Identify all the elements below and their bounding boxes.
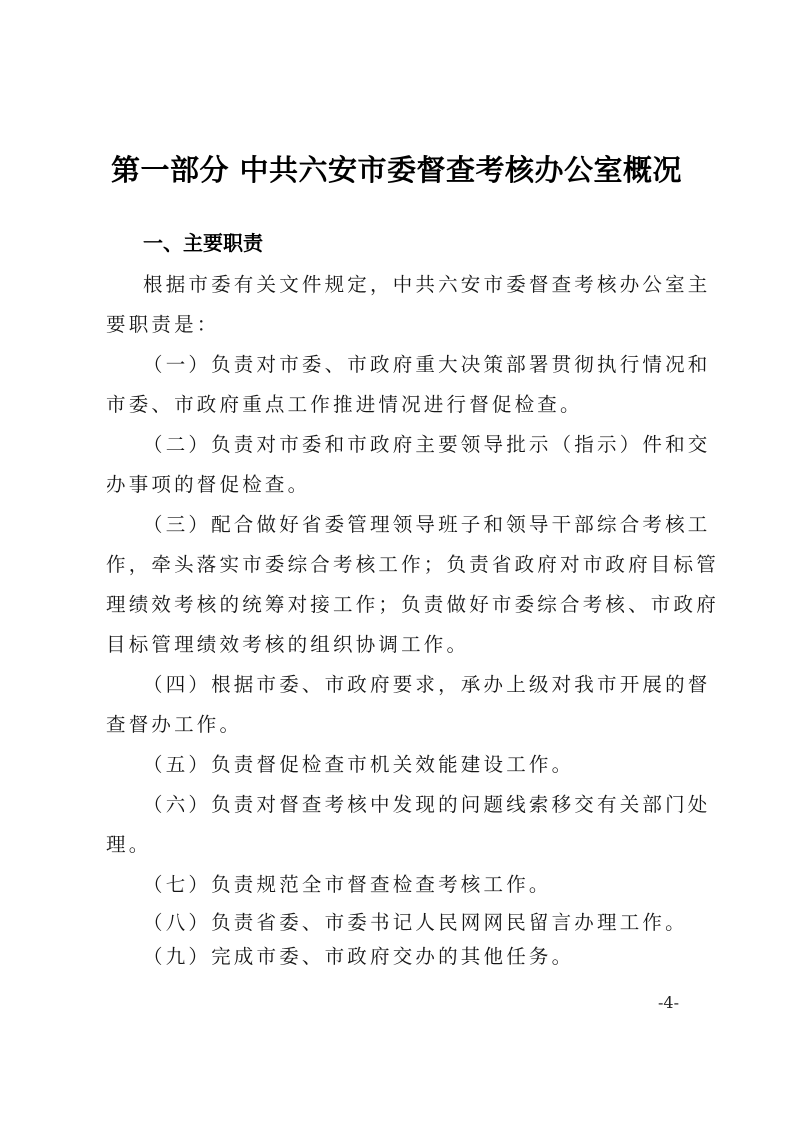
- duty-1-line-2: 市委、市政府重点工作推进情况进行督促检查。: [106, 393, 583, 417]
- duty-5-line-1: （五）负责督促检查市机关效能建设工作。: [143, 753, 574, 777]
- intro-line-1: 根据市委有关文件规定，中共六安市委督查考核办公室主: [143, 273, 711, 297]
- document-page: 第一部分 中共六安市委督查考核办公室概况 一、主要职责 根据市委有关文件规定，中…: [0, 0, 793, 1122]
- duty-7-line-1: （七）负责规范全市督查检查考核工作。: [143, 873, 552, 897]
- duty-4-line-2: 查督办工作。: [106, 713, 242, 737]
- page-title: 第一部分 中共六安市委督查考核办公室概况: [0, 148, 793, 189]
- intro-line-2: 要职责是：: [106, 313, 220, 337]
- duty-3-line-4: 目标管理绩效考核的组织协调工作。: [106, 633, 469, 657]
- duty-3-line-3: 理绩效考核的统筹对接工作；负责做好市委综合考核、市政府: [106, 593, 719, 617]
- duty-3-line-1: （三）配合做好省委管理领导班子和领导干部综合考核工: [143, 513, 711, 537]
- duty-8-line-1: （八）负责省委、市委书记人民网网民留言办理工作。: [143, 911, 688, 935]
- duty-3-line-2: 作，牵头落实市委综合考核工作；负责省政府对市政府目标管: [106, 553, 719, 577]
- duty-6-line-1: （六）负责对督查考核中发现的问题线索移交有关部门处: [143, 793, 711, 817]
- duty-2-line-1: （二）负责对市委和市政府主要领导批示（指示）件和交: [143, 433, 711, 457]
- duty-2-line-2: 办事项的督促检查。: [106, 473, 310, 497]
- duty-6-line-2: 理。: [106, 833, 151, 857]
- section-heading: 一、主要职责: [143, 227, 263, 256]
- page-number: -4-: [658, 993, 679, 1012]
- duty-4-line-1: （四）根据市委、市政府要求，承办上级对我市开展的督: [143, 673, 711, 697]
- duty-9-line-1: （九）完成市委、市政府交办的其他任务。: [143, 945, 574, 969]
- duty-1-line-1: （一）负责对市委、市政府重大决策部署贯彻执行情况和: [143, 353, 711, 377]
